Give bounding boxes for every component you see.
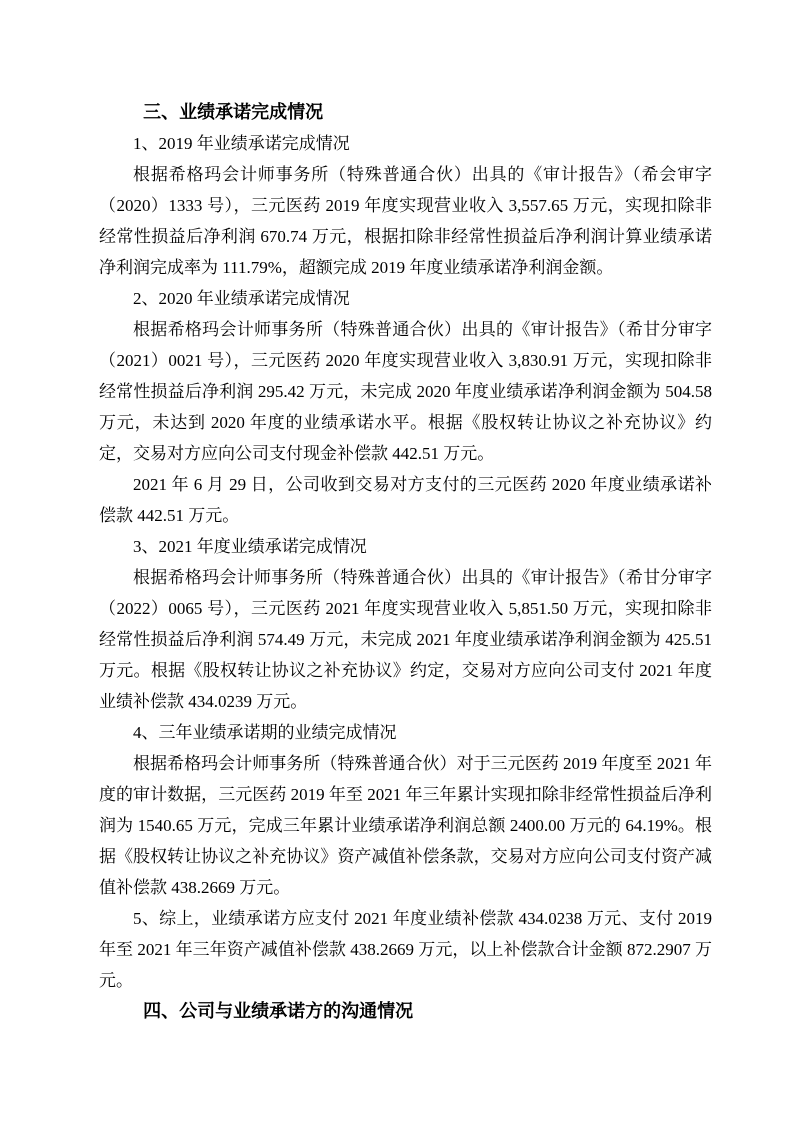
subheading-2020-commitment: 2、2020 年业绩承诺完成情况	[99, 283, 712, 314]
subheading-2019-commitment: 1、2019 年业绩承诺完成情况	[99, 128, 712, 159]
paragraph-2020-compensation-received: 2021 年 6 月 29 日，公司收到交易对方支付的三元医药 2020 年度业…	[99, 469, 712, 531]
subheading-2021-commitment: 3、2021 年度业绩承诺完成情况	[99, 531, 712, 562]
paragraph-three-year-commitment-detail: 根据希格玛会计师事务所（特殊普通合伙）对于三元医药 2019 年度至 2021 …	[99, 748, 712, 903]
section-heading-performance-commitment-completion: 三、业绩承诺完成情况	[99, 97, 712, 128]
document-page: 三、业绩承诺完成情况 1、2019 年业绩承诺完成情况 根据希格玛会计师事务所（…	[0, 0, 793, 1122]
paragraph-2019-commitment-detail: 根据希格玛会计师事务所（特殊普通合伙）出具的《审计报告》（希会审字（2020）1…	[99, 159, 712, 283]
section-heading-communication-with-committers: 四、公司与业绩承诺方的沟通情况	[99, 996, 712, 1027]
paragraph-compensation-summary: 5、综上，业绩承诺方应支付 2021 年度业绩补偿款 434.0238 万元、支…	[99, 903, 712, 996]
paragraph-2021-commitment-detail: 根据希格玛会计师事务所（特殊普通合伙）出具的《审计报告》（希甘分审字（2022）…	[99, 562, 712, 717]
paragraph-2020-commitment-detail: 根据希格玛会计师事务所（特殊普通合伙）出具的《审计报告》（希甘分审字（2021）…	[99, 314, 712, 469]
subheading-three-year-commitment: 4、三年业绩承诺期的业绩完成情况	[99, 717, 712, 748]
document-text-block: 三、业绩承诺完成情况 1、2019 年业绩承诺完成情况 根据希格玛会计师事务所（…	[99, 97, 712, 1027]
